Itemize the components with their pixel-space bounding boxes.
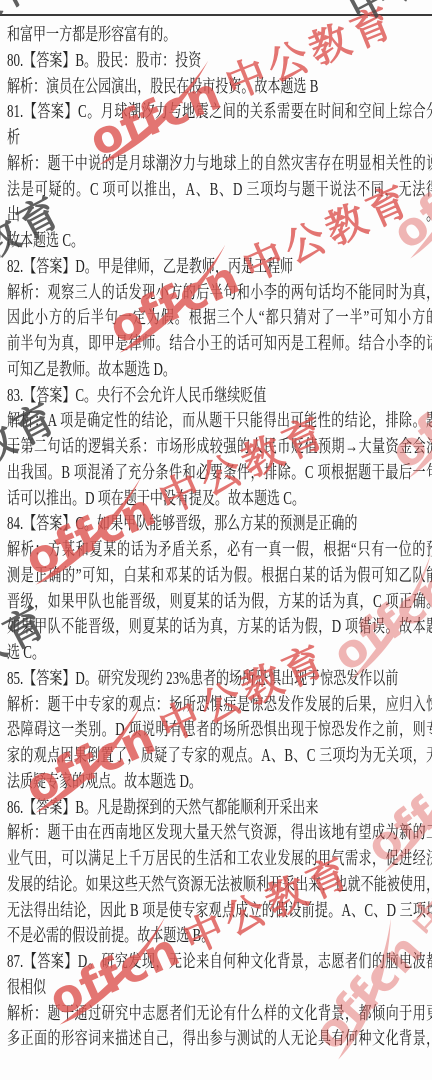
text-line: 干第二句话的逻辑关系：市场形成较强的人民币贬值预期→大量资金会流 [7,434,432,460]
text-line: 故本题选 C。 [7,228,432,254]
text-line: 83.【答案】C。央行不会允许人民币继续贬值 [7,383,432,409]
text-line: 家的观点因果倒置了，质疑了专家的观点。A、B、C 三项均为无关项，无 [7,743,432,769]
text-line: 恐障碍这一类别。D 项说明有患者的场所恐惧出现于惊恐发作之前，则专 [7,717,432,743]
text-line: 80.【答案】B。股民：股市：投资 [7,48,432,74]
text-line: 解析：A 项是确定性的结论，而从题干只能得出可能性的结论，排除。题 [7,408,432,434]
text-line: 解析：题干中专家的观点：场所恐惧症是惊恐发作发展的后果，应归入惊 [7,692,432,718]
text-line: 可知乙是教师。故本题选 D。 [7,357,432,383]
text-line: 测是正确的”可知，白某和邓某的话为假。根据白某的话为假可知乙队能 [7,563,432,589]
text-line: 85.【答案】D。研究发现约 23%患者的场所恐惧出现于惊恐发作以前 [7,666,432,692]
text-line: 选 C。 [7,640,432,666]
text-line: 出我国。B 项混淆了充分条件和必要条件，排除。C 项根据题干最后一句 [7,460,432,486]
text-line: 很相似 [7,975,432,1001]
answer-key-text: 和富甲一方都是形容富有的。80.【答案】B。股民：股市：投资解析：演员在公园演出… [7,22,432,1052]
text-line: 解析：题干通过研究中志愿者们无论有什么样的文化背景，都倾向于用更 [7,1001,432,1027]
document-page: 和富甲一方都是形容富有的。80.【答案】B。股民：股市：投资解析：演员在公园演出… [0,0,432,1080]
text-line: 解析：演员在公园演出，股民在股市投资。故本题选 B [7,74,432,100]
text-line: 87.【答案】D。研究发现，无论来自何种文化背景，志愿者们的脑电波都 [7,949,432,975]
text-line: 不是必需的假设前提。故本题选 B。 [7,923,432,949]
text-line: 前半句为真，即甲是律师。结合小王的话可知丙是工程师。结合小李的话 [7,331,432,357]
text-line: 如果甲队不能晋级，则夏某的话为真，方某的话为假，D 项错误。故本题 [7,614,432,640]
text-line: 多正面的形容词来描述自己，得出参与测试的人无论具有何种文化背景， [7,1026,432,1052]
text-line: 解析：题干由在西南地区发现大量天然气资源，得出该地有望成为新的工 [7,820,432,846]
text-line: 86.【答案】B。凡是勘探到的天然气都能顺利开采出来 [7,795,432,821]
text-line: 84.【答案】C。如果甲队能够晋级，那么方某的预测是正确的 [7,511,432,537]
text-line: 因此小方的后半句一定为假。根据三个人“都只猜对了一半”可知小方的 [7,305,432,331]
text-line: 析 [7,125,432,151]
text-line: 解析：观察三人的话发现小方的后半句和小李的两句话均不能同时为真， [7,280,432,306]
text-line: 解析：题干中说的是月球潮汐力与地球上的自然灾害存在明显相关性的说 [7,151,432,177]
text-line: 81.【答案】C。月球潮汐力与地震之间的关系需要在时间和空间上综合分 [7,99,432,125]
text-line: 发展的结论。如果这些天然气资源无法被顺利开采出来，也就不能被使用， [7,872,432,898]
text-line: 法质疑专家的观点。故本题选 D。 [7,769,432,795]
text-line: 法是可疑的。C 项可以推出，A、B、D 三项均与题干说法不同，无法得出。 [7,177,432,229]
text-line: 无法得出结论，因此 B 项是使专家观点成立的假设前提。A、C、D 三项均 [7,898,432,924]
text-line: 业气田，可以满足上千万居民的生活和工农业发展的用气需求，促进经济 [7,846,432,872]
text-line: 解析：方某和夏某的话为矛盾关系，必有一真一假，根据“只有一位的预 [7,537,432,563]
text-line: 82.【答案】D。甲是律师，乙是教师，丙是工程师 [7,254,432,280]
text-line: 话可以推出。D 项在题干中没有提及。故本题选 C。 [7,486,432,512]
page-top-rule [0,14,432,16]
text-line: 晋级，如果甲队也能晋级，则夏某的话为假，方某的话为真，C 项正确。 [7,589,432,615]
text-line: 和富甲一方都是形容富有的。 [7,22,432,48]
